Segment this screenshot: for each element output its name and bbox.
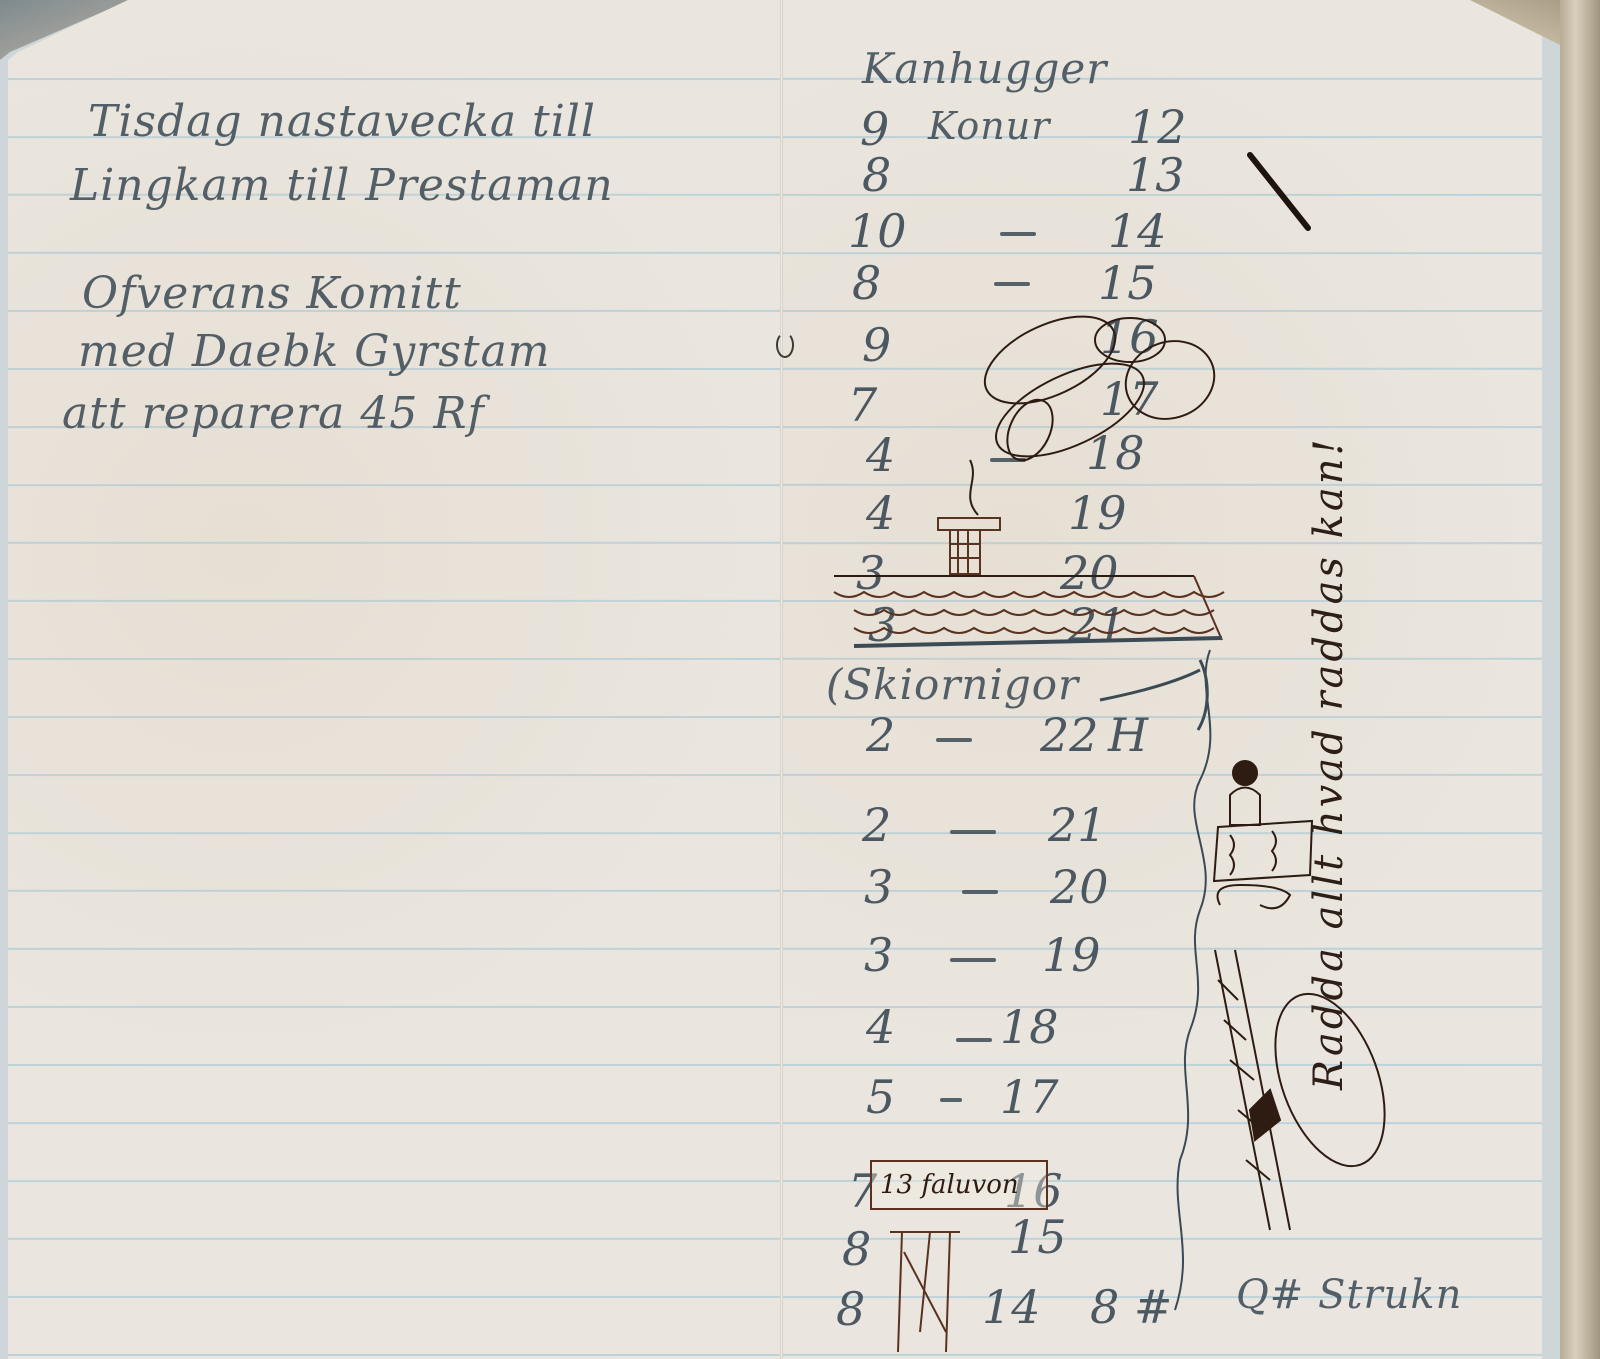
left-line-5: att reparera 45 Rf [62,388,485,439]
roof-sketch-icon [834,512,1229,662]
heading-top: Kanhugger [862,44,1107,93]
top-right-1: 13 [1126,148,1185,202]
left-line-2: Lingkam till Prestaman [70,160,614,211]
dash [950,958,996,962]
dash [940,1098,962,1102]
exclamation-stroke-icon [1240,150,1320,250]
woman-balcony-sketch-icon [1200,755,1320,925]
vertical-note: Radda allt hvad raddas kan! [1306,436,1352,1090]
left-line-4: med Daebk Gyrstam [78,326,551,377]
book-edge [1560,0,1600,1359]
heading-middle: (Skiornigor [826,660,1079,709]
first-row-label: Konur [928,104,1050,148]
sign-label: 13 faluvon [870,1160,1048,1210]
bottom-left-2: 3 [864,860,893,914]
bottom-left-8: 8 [836,1282,865,1336]
top-left-4: 9 [862,318,891,372]
top-left-5: 7 [848,378,877,432]
bottom-mark-0: H [1108,708,1148,762]
bottom-mark-8: 8 # [1090,1280,1172,1334]
dash [994,282,1030,286]
ladder-figure-sketch-icon [1210,940,1390,1240]
bottom-left-4: 4 [866,1000,895,1054]
sign-post-icon [890,1212,970,1352]
bottom-left-3: 3 [864,928,893,982]
bottom-right-3: 19 [1042,928,1101,982]
dash [936,738,972,742]
bottom-right-5: 17 [1000,1070,1059,1124]
top-right-0: 12 [1128,100,1187,154]
dash [962,890,998,894]
stitch-hole [776,332,794,358]
dash [1000,232,1036,236]
bottom-right-1: 21 [1048,798,1107,852]
bottom-right-2: 20 [1050,860,1109,914]
bottom-left-0: 2 [866,708,895,762]
top-left-3: 8 [852,256,881,310]
bottom-left-5: 5 [866,1070,895,1124]
top-left-1: 8 [862,148,891,202]
top-left-2: 10 [848,204,907,258]
center-fold [780,0,783,1359]
smoke-scribble-icon [960,300,1260,530]
left-line-3: Ofverans Komitt [82,268,462,319]
left-line-1: Tisdag nastavecka till [88,96,596,147]
bottom-right-0: 22 [1040,708,1099,762]
bottom-left-7: 8 [842,1222,871,1276]
dash [956,1038,992,1042]
bottom-right-7: 15 [1008,1210,1067,1264]
bottom-right-8: 14 [982,1280,1041,1334]
top-left-6: 4 [866,428,895,482]
bottom-right-4: 18 [1000,1000,1059,1054]
bottom-left-1: 2 [862,798,891,852]
top-right-2: 14 [1108,204,1167,258]
dash [950,830,996,834]
